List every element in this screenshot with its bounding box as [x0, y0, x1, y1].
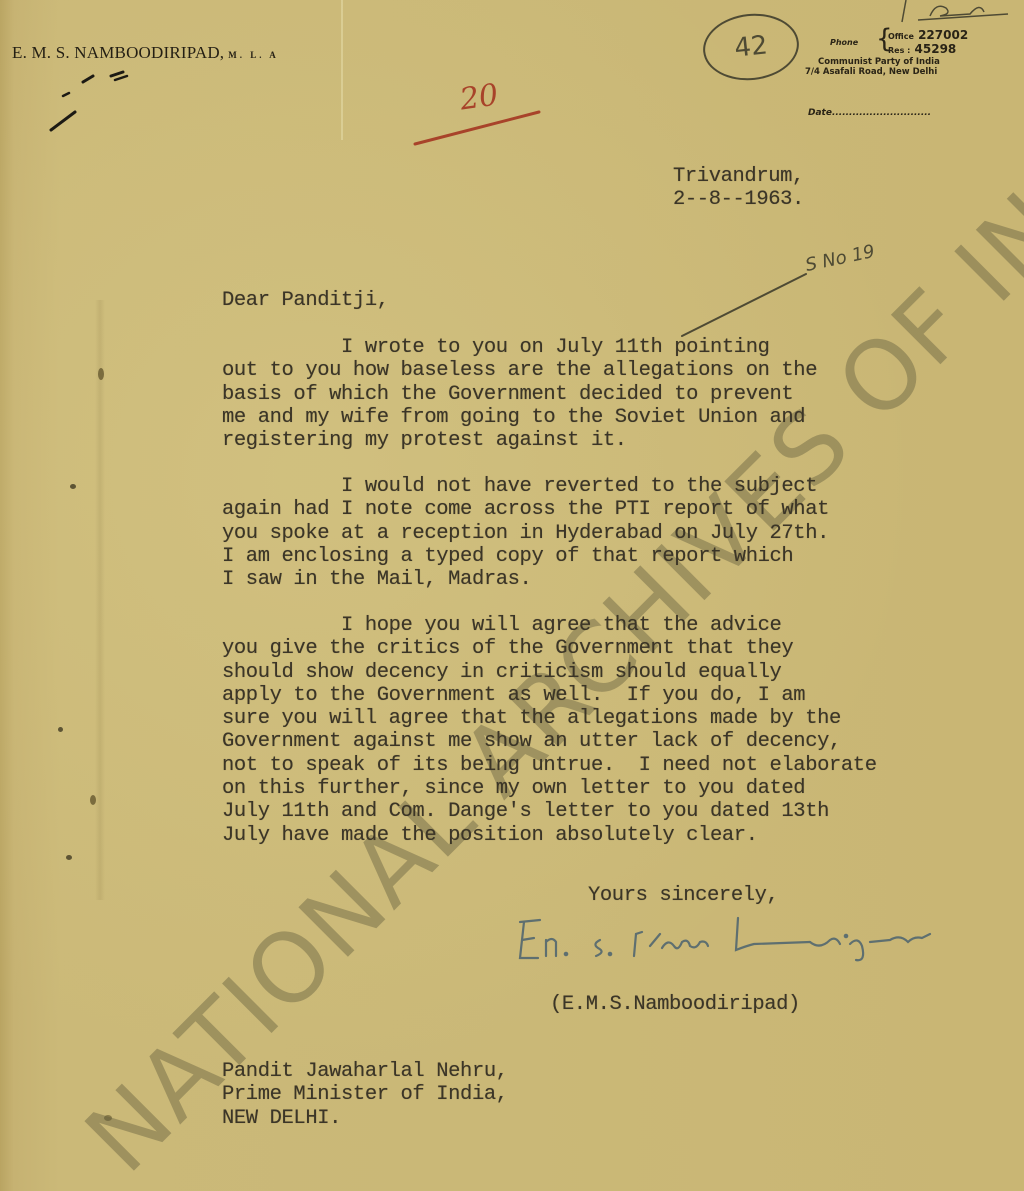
- punch-mark: [58, 727, 63, 732]
- letter-date: 2--8--1963.: [673, 188, 804, 211]
- letterhead-suffix: M. L. A: [228, 50, 279, 60]
- letter-salutation: Dear Panditji,: [222, 289, 389, 312]
- handwritten-signature: [510, 910, 940, 970]
- letterhead-name-text: E. M. S. NAMBOODIRIPAD,: [12, 43, 224, 62]
- letter-paragraph-3: I hope you will agree that the advice yo…: [222, 614, 877, 847]
- punch-mark: [90, 795, 96, 805]
- letter-closing: Yours sincerely,: [588, 884, 778, 907]
- circled-page-number-text: 42: [733, 30, 769, 63]
- letter-paper: [0, 0, 1024, 1191]
- corner-scribble: [900, 0, 1010, 24]
- phone-res: Res : 45298: [888, 42, 956, 56]
- letter-addressee: Pandit Jawaharlal Nehru, Prime Minister …: [222, 1060, 508, 1130]
- punch-mark: [66, 855, 72, 860]
- phone-office: Office 227002: [888, 28, 968, 42]
- phone-label: Phone: [830, 38, 858, 47]
- paper-fold: [341, 0, 343, 140]
- letterhead-date-field: Date.............................: [808, 108, 931, 118]
- letter-paragraph-2: I would not have reverted to the subject…: [222, 475, 829, 591]
- serial-note-stroke: [680, 270, 820, 340]
- punch-mark: [98, 368, 104, 380]
- letterhead-party: Communist Party of India: [818, 57, 940, 67]
- letter-paragraph-1: I wrote to you on July 11th pointing out…: [222, 336, 817, 452]
- paper-crease: [95, 300, 105, 900]
- letterhead-address: 7/4 Asafali Road, New Delhi: [805, 67, 937, 77]
- ink-dash-marks: [45, 68, 145, 138]
- letterhead-name: E. M. S. NAMBOODIRIPAD,M. L. A: [12, 43, 279, 63]
- punch-mark: [70, 484, 76, 489]
- typed-signature: (E.M.S.Namboodiripad): [550, 993, 800, 1016]
- letter-place: Trivandrum,: [673, 165, 804, 188]
- red-underline: [413, 108, 543, 148]
